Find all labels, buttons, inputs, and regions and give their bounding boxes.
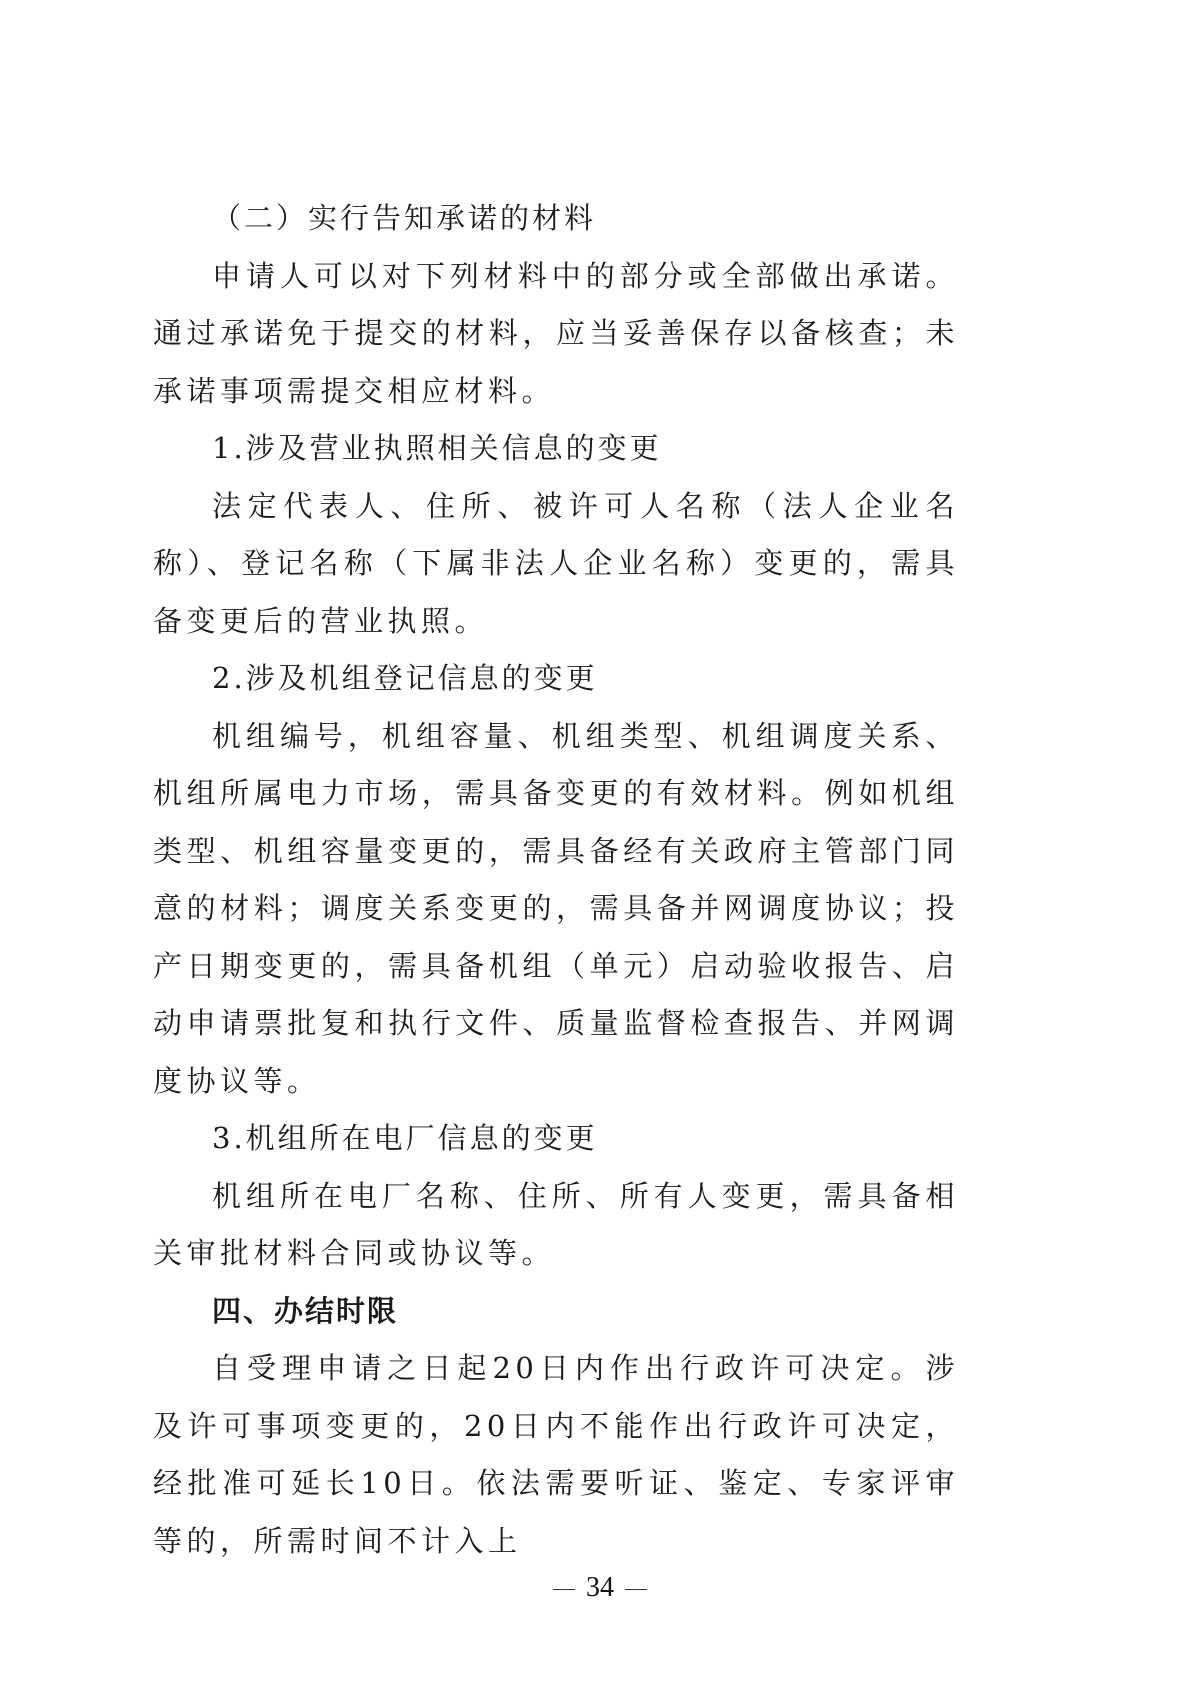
page-footer: 34: [0, 1572, 1200, 1604]
section-heading-time-limit: 四、办结时限: [153, 1283, 959, 1341]
paragraph-unit-registration: 机组编号，机组容量、机组类型、机组调度关系、机组所属电力市场，需具备变更的有效材…: [153, 708, 959, 1111]
paragraph-business-license: 法定代表人、住所、被许可人名称（法人企业名称）、登记名称（下属非法人企业名称）变…: [153, 478, 959, 651]
paragraph-time-limit: 自受理申请之日起20日内作出行政许可决定。涉及许可事项变更的，20日内不能作出行…: [153, 1340, 959, 1570]
paragraph-commitment-intro: 申请人可以对下列材料中的部分或全部做出承诺。通过承诺免于提交的材料，应当妥善保存…: [153, 248, 959, 421]
footer-dash-right: [625, 1589, 647, 1590]
subheading-business-license: 1.涉及营业执照相关信息的变更: [153, 420, 959, 478]
page-number: 34: [586, 1572, 614, 1603]
footer-dash-left: [553, 1589, 575, 1590]
subheading-power-plant-info: 3.机组所在电厂信息的变更: [153, 1110, 959, 1168]
document-body: （二）实行告知承诺的材料 申请人可以对下列材料中的部分或全部做出承诺。通过承诺免…: [153, 190, 959, 1570]
section-heading-commitment-materials: （二）实行告知承诺的材料: [153, 190, 959, 248]
document-page: （二）实行告知承诺的材料 申请人可以对下列材料中的部分或全部做出承诺。通过承诺免…: [0, 0, 1200, 1696]
paragraph-power-plant-info: 机组所在电厂名称、住所、所有人变更，需具备相关审批材料合同或协议等。: [153, 1168, 959, 1283]
subheading-unit-registration: 2.涉及机组登记信息的变更: [153, 650, 959, 708]
